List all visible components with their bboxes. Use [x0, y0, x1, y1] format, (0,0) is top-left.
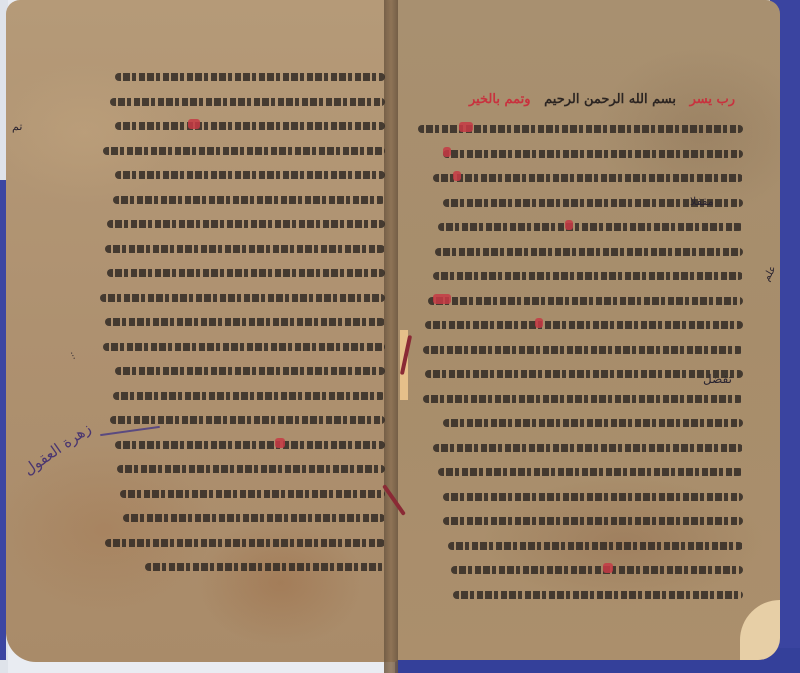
- text-line: [100, 336, 385, 361]
- text-line: [100, 262, 385, 287]
- text-line: [100, 238, 385, 263]
- text-line: [415, 314, 743, 339]
- text-line: [415, 339, 743, 364]
- text-line: [100, 115, 385, 140]
- marginal-note: مقفلا: [690, 195, 714, 208]
- text-line: [415, 241, 743, 266]
- manuscript-photo: رب يسر بسم الله الرحمن الرحيم وتمم بالخي…: [0, 0, 800, 673]
- text-line: [100, 532, 385, 557]
- text-line: [415, 363, 743, 388]
- text-line: [415, 510, 743, 535]
- text-line: [100, 213, 385, 238]
- heading-red-closing: وتمم بالخير: [469, 92, 531, 107]
- text-line: [100, 140, 385, 165]
- text-line: [415, 265, 743, 290]
- text-line: [415, 486, 743, 511]
- basmala-text: بسم الله الرحمن الرحيم: [544, 92, 676, 107]
- text-line: [100, 311, 385, 336]
- heading-red-invocation: رب يسر: [690, 92, 735, 107]
- text-line: [415, 118, 743, 143]
- left-page-text: [100, 66, 385, 581]
- marginal-note: تفضل: [703, 372, 732, 386]
- marginal-note: تم: [12, 120, 22, 133]
- text-line: [415, 167, 743, 192]
- basmala-heading: رب يسر بسم الله الرحمن الرحيم وتمم بالخي…: [455, 92, 735, 107]
- book-spine: [384, 0, 398, 673]
- text-line: [100, 164, 385, 189]
- text-line: [100, 434, 385, 459]
- text-line: [415, 461, 743, 486]
- text-line: [100, 189, 385, 214]
- page-corner-damage: [740, 600, 780, 660]
- text-line: [415, 412, 743, 437]
- text-line: [100, 287, 385, 312]
- text-line: [100, 556, 385, 581]
- text-line: [415, 559, 743, 584]
- text-line: [100, 483, 385, 508]
- text-line: [415, 143, 743, 168]
- text-line: [415, 216, 743, 241]
- text-line: [100, 458, 385, 483]
- text-line: [100, 66, 385, 91]
- text-line: [415, 584, 743, 609]
- right-page-text: [415, 118, 743, 608]
- text-line: [415, 535, 743, 560]
- text-line: [100, 91, 385, 116]
- text-line: [415, 388, 743, 413]
- text-line: [100, 507, 385, 532]
- text-line: [415, 437, 743, 462]
- text-line: [100, 385, 385, 410]
- text-line: [415, 290, 743, 315]
- text-line: [100, 360, 385, 385]
